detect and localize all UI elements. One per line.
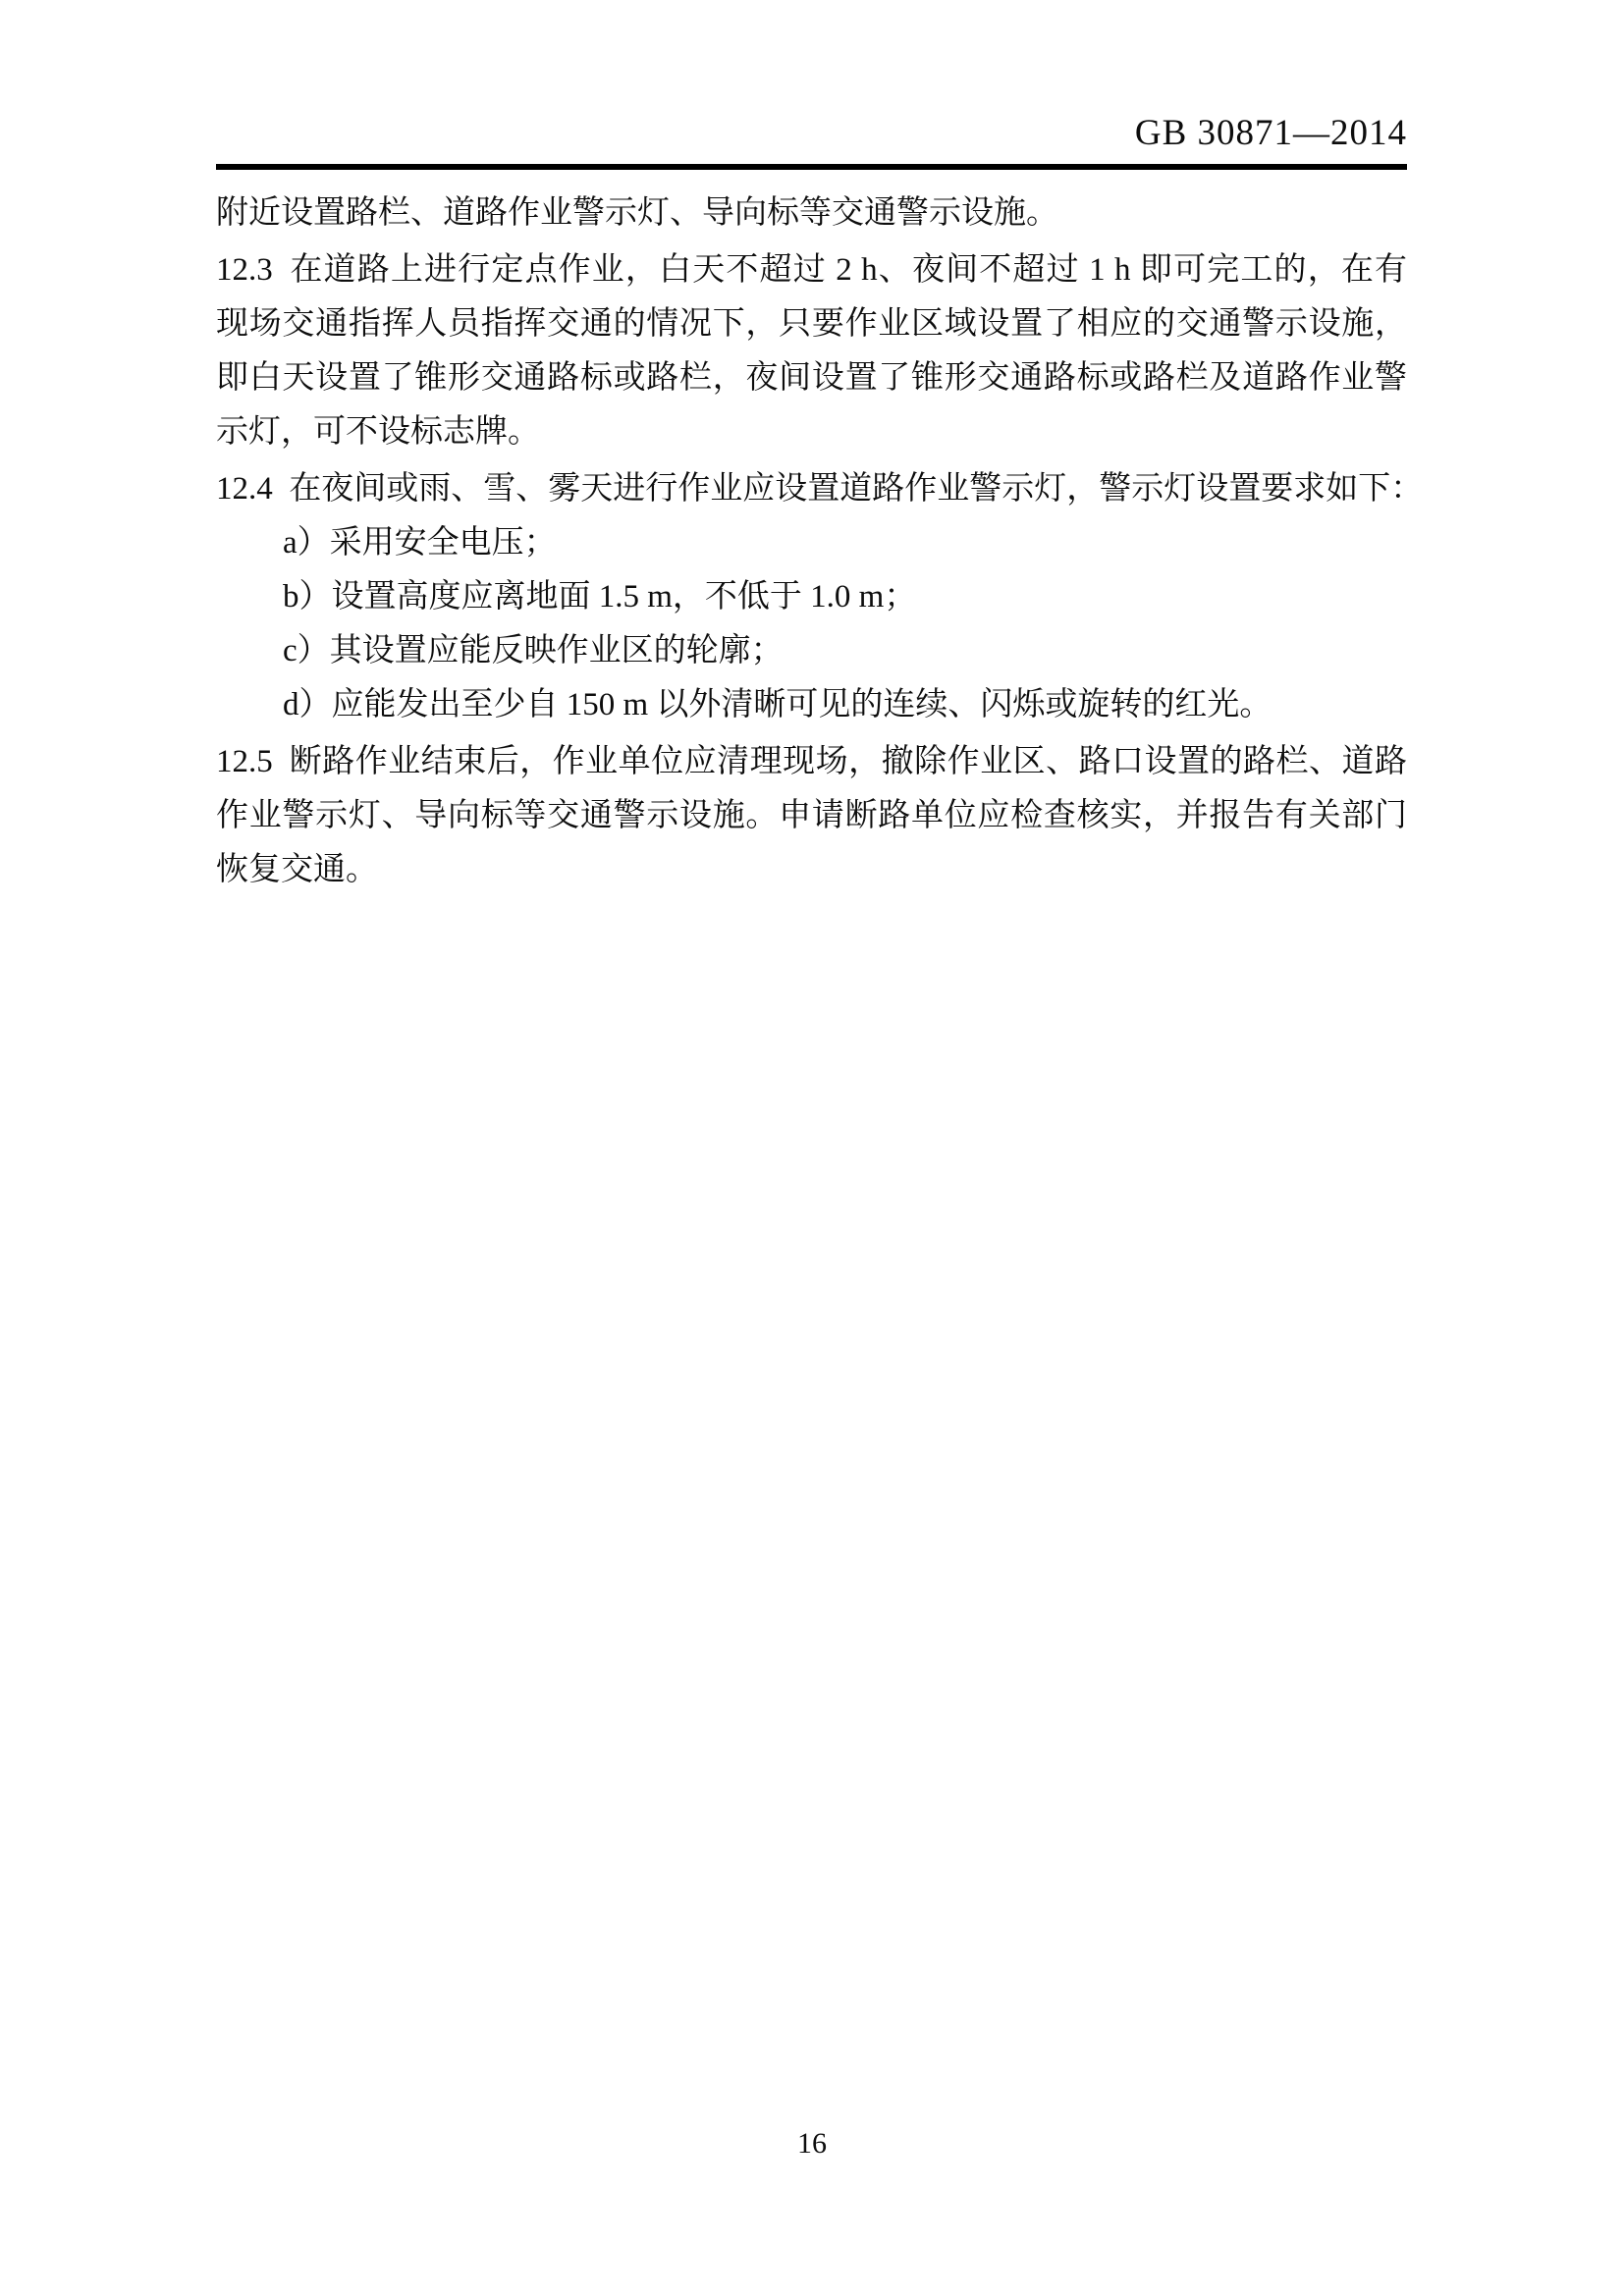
list-item-a: a）采用安全电压； — [216, 516, 1407, 570]
list-item-c: c）其设置应能反映作业区的轮廓； — [216, 624, 1407, 678]
clause-12-3-line-1: 12.3 在道路上进行定点作业，白天不超过 2 h、夜间不超过 1 h 即可完工… — [216, 243, 1407, 297]
standard-code-header: GB 30871—2014 — [216, 110, 1407, 157]
clause-12-5-line-1: 12.5 断路作业结束后，作业单位应清理现场，撤除作业区、路口设置的路栏、道路 — [216, 735, 1407, 789]
list-item-b: b）设置高度应离地面 1.5 m，不低于 1.0 m； — [216, 570, 1407, 624]
clause-12-5-line-3: 恢复交通。 — [216, 843, 1407, 897]
document-page: GB 30871—2014 附近设置路栏、道路作业警示灯、导向标等交通警示设施。… — [0, 0, 1624, 2296]
page-number: 16 — [0, 2124, 1624, 2163]
list-item-d: d）应能发出至少自 150 m 以外清晰可见的连续、闪烁或旋转的红光。 — [216, 678, 1407, 732]
clause-12-5-line-2: 作业警示灯、导向标等交通警示设施。申请断路单位应检查核实，并报告有关部门 — [216, 789, 1407, 843]
clause-12-4-line: 12.4 在夜间或雨、雪、雾天进行作业应设置道路作业警示灯，警示灯设置要求如下： — [216, 462, 1407, 516]
clause-12-3-line-3: 即白天设置了锥形交通路标或路栏，夜间设置了锥形交通路标或路栏及道路作业警 — [216, 351, 1407, 405]
clause-12-3-line-2: 现场交通指挥人员指挥交通的情况下，只要作业区域设置了相应的交通警示设施， — [216, 297, 1407, 351]
para-continuation-line: 附近设置路栏、道路作业警示灯、导向标等交通警示设施。 — [216, 187, 1407, 240]
document-body: 附近设置路栏、道路作业警示灯、导向标等交通警示设施。 12.3 在道路上进行定点… — [216, 187, 1407, 897]
clause-12-3-line-4: 示灯，可不设标志牌。 — [216, 405, 1407, 459]
header-rule — [216, 164, 1407, 170]
